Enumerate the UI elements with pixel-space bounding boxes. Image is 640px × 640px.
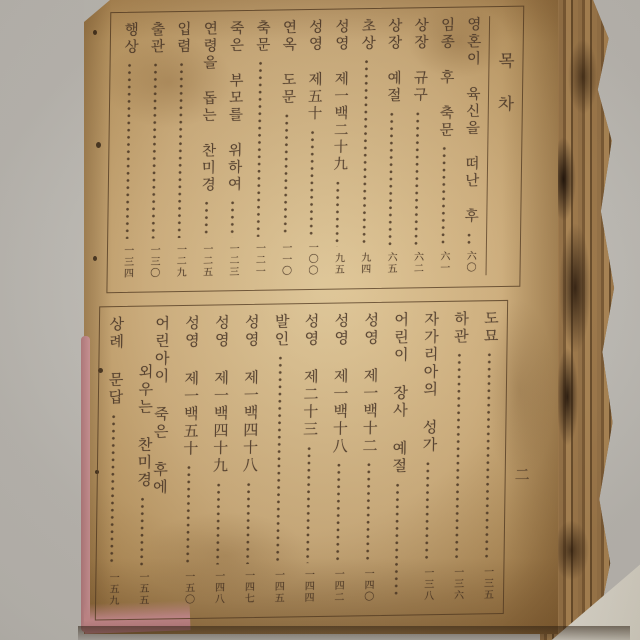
folio-number: 二: [512, 467, 533, 482]
entry-page-number: 一二三: [226, 243, 237, 280]
toc-entry: 연령을 돕는 찬미경一二五: [197, 20, 216, 279]
entry-title: 성영 제一백十八: [331, 312, 349, 455]
toc-entry: 연옥 도문一一〇: [277, 19, 296, 278]
entry-title: 임종 후 축문: [437, 17, 454, 139]
toc-entry: 성영 제一백十八一四二: [329, 312, 349, 604]
leader-dots: [283, 112, 289, 236]
leader-dots: [216, 481, 221, 564]
leader-dots: [394, 481, 400, 598]
toc-entry: 축문一二一: [250, 20, 269, 279]
toc-entry: 어린아이 죽은 후에외우는 찬미경一五五: [133, 315, 169, 608]
toc-entry: 하관一三六: [448, 311, 468, 603]
toc-title: 목 차: [485, 16, 514, 275]
entry-title: 성영 제一백二十九: [331, 18, 349, 173]
toc-entry: 도묘一三五: [478, 310, 498, 602]
leader-dots: [365, 461, 370, 562]
entry-title: 어린이 장사 예절: [390, 312, 408, 476]
leader-dots: [425, 460, 430, 561]
entry-page-number: 一三六: [451, 566, 462, 603]
entry-title: 하관: [452, 311, 468, 346]
toc-title-char: 목: [495, 52, 513, 69]
binding-mark: [93, 30, 97, 35]
toc-entry: 상장 예절六五: [382, 18, 401, 277]
binding-mark: [93, 256, 97, 261]
toc-entry: 자가리아의 성가一三八: [418, 311, 438, 603]
entry-title: 외우는 찬미경: [135, 364, 153, 490]
leader-dots: [335, 179, 340, 247]
toc-entry: 출관一三〇: [145, 21, 164, 280]
toc-entry: 성영 제一백五十一五〇: [179, 315, 199, 607]
entry-title: 성영 제五十: [305, 19, 322, 123]
entry-page-number: 一四八: [212, 570, 223, 607]
entry-title: 성영 제一백十二: [361, 312, 379, 455]
leader-dots: [467, 231, 471, 245]
entry-page-number: 一三四: [121, 244, 132, 281]
entry-title: 성영 제一백四十九: [211, 314, 229, 475]
entry-title: 상장 규구: [411, 17, 428, 104]
leader-dots: [177, 61, 183, 238]
entry-page-number: 一三八: [421, 567, 432, 604]
entry-page-number: 一五九: [106, 572, 117, 609]
entry-title: 영혼이 육신을 떠난 후: [462, 16, 480, 225]
toc-title-char: 차: [495, 94, 513, 111]
leader-dots: [455, 352, 462, 561]
toc-entry: 어린이 장사 예절: [388, 312, 408, 604]
entry-page-number: 一二五: [200, 243, 211, 280]
leader-dots: [230, 199, 235, 237]
entry-title: 성영 제一백五十: [181, 315, 199, 458]
entry-page-number: 九五: [332, 253, 343, 278]
entry-title: 연옥 도문: [279, 19, 296, 106]
toc-entry: 임종 후 축문六一: [435, 17, 454, 276]
entry-page-number: 一三五: [481, 566, 492, 603]
entry-page-number: 一四〇: [361, 568, 372, 605]
entry-page-number: 一五五: [136, 571, 147, 608]
leader-dots: [441, 145, 446, 245]
toc-entry: 성영 제一백十二一四〇: [359, 312, 379, 604]
toc-entry: 성영 제一백四十八一四七: [239, 314, 259, 606]
entry-title: 성영 제一백四十八: [241, 314, 259, 475]
toc-entry: 상장 규구六二: [408, 17, 427, 276]
entry-page-number: 一四五: [271, 569, 282, 606]
entry-page-number: 一二一: [253, 242, 264, 279]
entry-page-number: 一〇〇: [305, 241, 316, 278]
toc-entry: 상례 문답一五九: [104, 316, 124, 608]
leader-dots: [414, 110, 420, 246]
leader-dots: [275, 354, 282, 563]
toc-entry: 성영 제二十三一四四: [299, 313, 319, 605]
leader-dots: [204, 200, 209, 238]
leader-dots: [125, 62, 131, 239]
toc-entry: 발인一四五: [269, 313, 289, 605]
toc-entry: 입렴一二九: [171, 21, 190, 280]
toc-entry: 성영 제一백二十九九五: [329, 18, 348, 277]
entry-page-number: 六〇: [463, 250, 474, 275]
entry-title: 죽은 부모를 위하여: [225, 20, 243, 193]
entry-title: 입렴: [174, 21, 190, 55]
pink-page-edge: [81, 336, 90, 632]
leader-dots: [485, 351, 492, 560]
leader-dots: [335, 462, 340, 563]
entry-title: 도묘: [482, 310, 498, 345]
leader-dots: [305, 445, 311, 563]
entry-title: 자가리아의 성가: [420, 311, 438, 454]
leader-dots: [246, 480, 251, 563]
leader-dots: [309, 128, 314, 235]
entry-title: 초상: [359, 18, 375, 52]
entry-page-number: 一二九: [173, 244, 184, 281]
leader-dots: [186, 464, 191, 565]
entry-title: 성영 제二十三: [301, 313, 319, 439]
entry-title: 발인: [272, 313, 288, 348]
toc-section-top: 목 차 영혼이 육신을 떠난 후六〇임종 후 축문六一상장 규구六二상장 예절六…: [106, 6, 524, 294]
toc-section-bottom: 도묘一三五하관一三六자가리아의 성가一三八어린이 장사 예절성영 제一백十二一四…: [95, 300, 508, 621]
entry-page-number: 九四: [358, 252, 369, 277]
entry-title: 행상: [122, 22, 138, 56]
entry-title: 출관: [148, 21, 164, 55]
toc-content: 목 차 영혼이 육신을 떠난 후六〇임종 후 축문六一상장 규구六二상장 예절六…: [94, 1, 533, 632]
entry-title: 상례 문답: [106, 316, 123, 407]
entry-page-number: 一三〇: [147, 244, 158, 281]
entry-title: 상장 예절: [384, 18, 401, 105]
leader-dots: [110, 413, 116, 566]
entry-page-number: 一四四: [301, 569, 312, 606]
entry-title: 연령을 돕는 찬미경: [199, 20, 217, 193]
entry-page-number: 一一〇: [279, 242, 290, 279]
toc-entry: 죽은 부모를 위하여一二三: [224, 20, 243, 279]
entry-page-number: 一四七: [242, 569, 253, 606]
entry-title: 축문: [253, 20, 269, 54]
toc-entry: 영혼이 육신을 떠난 후六〇: [461, 16, 480, 275]
entry-page-number: 六一: [437, 251, 448, 276]
toc-entry: 성영 제一백四十九一四八: [209, 314, 229, 606]
leader-dots: [151, 61, 157, 238]
leader-dots: [256, 60, 262, 237]
leader-dots: [362, 58, 369, 246]
entry-page-number: 一四二: [331, 568, 342, 605]
entry-page-number: 一五〇: [182, 570, 193, 607]
toc-entry: 행상一三四: [118, 22, 137, 281]
entry-page-number: 六五: [384, 252, 395, 277]
toc-entry: 성영 제五十一〇〇: [303, 19, 322, 278]
toc-entry: 초상九四: [356, 18, 375, 277]
photo-background: 목 차 영혼이 육신을 떠난 후六〇임종 후 축문六一상장 규구六二상장 예절六…: [0, 0, 640, 640]
entry-page-number: 六二: [411, 251, 422, 276]
leader-dots: [388, 110, 394, 246]
leader-dots: [140, 495, 145, 565]
